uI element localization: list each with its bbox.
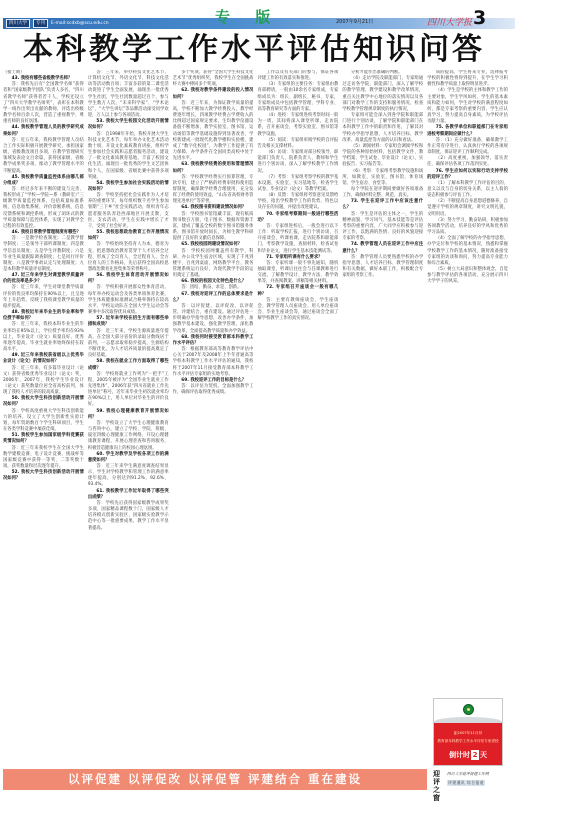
answer-paragraph: （4）学生是学校的主体和教学工作的主要对象，学生学风如何，学生的基本素质和能力如… — [427, 88, 508, 125]
answer-paragraph: 专家组可能会深入到各学院和职能部门进行个别访谈，了解学院和职能部门在本科教学工作… — [342, 113, 423, 144]
answer-paragraph: （3）专家组的主要任务：专家组由教育部聘请，一般由10余名专家组成，专家组成员为… — [257, 82, 338, 113]
question-heading: 65. 我校校园网建设情况如何？ — [173, 242, 254, 248]
answer-paragraph: 答：以评促建，以评促改，以评促管，评建结合，重在建设。通过评估进一步明确办学指导… — [173, 304, 254, 335]
question-heading: 72. 专家组召开座谈会一般有哪几种？ — [257, 285, 338, 297]
answer-paragraph: 答：一是教学检查制度；二是教学督导制度；三是领导干部听课制度；四是教学信息员制度… — [3, 236, 84, 273]
question-heading: 56. 我校学生体育活动开展情况如何？ — [88, 273, 169, 285]
masthead: 四川大学 专刊 E-mail:scdxb@scu.edu.cn 专 版 2007… — [3, 6, 515, 30]
answer-paragraph: （4）全面了解学校的办学指导思想、办学定位和学校的基本情况，熟悉和掌握学校教学工… — [427, 236, 508, 267]
answer-paragraph: （2）高度重视，加强领导，落实责任，确保评估各项工作落到实处。 — [427, 156, 508, 168]
question-heading: 59. 我校心理健康教育开展情况如何？ — [88, 409, 169, 421]
answer-paragraph: 答：近三年来，有多篇毕业设计（论文）获得省级优秀毕业设计（论文）奖，2006年、… — [3, 366, 84, 397]
answer-paragraph: （4）走访学院及职能部门，专家组通过走访各学院、职能部门，深入了解学校的教学管理… — [342, 76, 423, 113]
answer-paragraph: 答：学校积极开展群众性体育活动，每年举办校运动会及各类单项体育比赛，学生体质健康… — [88, 285, 169, 316]
answer-paragraph: 答：学生是评估的主体之一，学生的精神面貌、学习风气、基本技能等是评估考察的重要内… — [342, 212, 423, 243]
answer-paragraph: （2）不断提高自身思想道德修养，自觉遵守学校的规章制度，讲究文明礼貌，文明用语。 — [427, 199, 508, 217]
question-heading: 76. 学生应如何以实际行动支持学校的迎评工作？ — [427, 169, 508, 181]
answer-paragraph: 答：近三年来，我校本科毕业生的毕业率均在95%以上，学位授予率均在93%以上，毕… — [3, 322, 84, 353]
answer-paragraph: 答：三年来，举办科技文化艺术节、计算机文化节、外语文化节、科技文化活动等活动数百… — [88, 70, 169, 119]
answer-paragraph: 多个奖项，获得“全国大学生科技文化艺术节”优秀组织奖，我校学生在全国挑战杯大赛中… — [173, 70, 254, 88]
issue-date: 2007年9月21日 — [336, 19, 373, 26]
answer-paragraph: 答：学校设立了大学生心理健康教育与咨询中心，建立了学校、学院、班级、寝室四级心理… — [88, 421, 169, 452]
answer-paragraph: 答：经过多年来不断的建设与完善，我校形成了“学校—学院—系（教研室）”三级教学质… — [3, 187, 84, 230]
question-heading: 62. 我校对教学条件建设的投入情况如何？ — [173, 88, 254, 100]
page-headline: 本科教学工作水平评估知识问答 — [0, 34, 508, 66]
question-heading: 61. 我校教学工作近年取得了哪些突出成绩？ — [88, 489, 169, 501]
question-heading: 75. 各教学单位和职能部门在专家组进校考察期间应做什么？ — [427, 125, 508, 137]
answer-paragraph: 答：学校坚持把社会实践作为人才培养的重要环节，每年组织数千名学生参加暑期“三下乡… — [88, 193, 169, 230]
article-column-2: 答：三年来，举办科技文化艺术节、计算机文化节、外语文化节、科技文化活动等活动数百… — [88, 70, 169, 766]
section-label: 专 版 — [215, 6, 280, 27]
question-heading: 73. 学生在迎评工作中应该注意什么？ — [342, 199, 423, 211]
answer-paragraph: 答：学校图书馆馆藏丰富，现有纸质图书数百万册，电子图书、数据库资源丰富，建成了覆… — [173, 212, 254, 243]
answer-paragraph: 工作以及有关部门的参与，保证各项评建工作的有效落实和推进。 — [257, 70, 338, 82]
column-logo-corner: 迎评之窗 四川大学迎评促建工作网 评建通讯 综合报道 — [433, 770, 513, 792]
article-column-1: （接上期）43. 我校有哪些省级教学名师？答：我校先后有“全国教学名师”获得者和… — [3, 70, 84, 766]
answer-paragraph: （6）访谈：专家组对部分校领导、职能部门负责人、院系负责人、教师和学生进行个别访… — [257, 150, 338, 175]
article-column-6: 质的提高，学生将来专业，选择报考学校的积极性将得到提升，在学生学习积极性和教学质… — [427, 70, 508, 766]
answer-paragraph: 答：近三年来，学生对课堂教学质量评价的优良率均保持在90%以上，且呈逐年上升趋势… — [3, 285, 84, 310]
answer-paragraph: （5）阅读：专家组审阅学校的自评报告及相关支撑材料。 — [257, 138, 338, 150]
slogan-banner: 以评促建 以评促改 以评促管 评建结合 重在建设 — [3, 769, 427, 790]
answer-paragraph: 答：近三年来，为保证教学质量的提高，学校不断加大教学经费投入，教学经费逐年增长，… — [173, 101, 254, 163]
question-heading: 53. 我校大学生校园文化活动开展情况如何？ — [88, 119, 169, 131]
answer-paragraph: （5）树立大局意识和整体观念，自觉参与教学评估的各项活动，充分展示四川大学学子的… — [427, 267, 508, 285]
answer-paragraph: 答：学校始终坚持育人为本、德育为先，把思想政治教育贯穿于人才培养全过程，形成了全… — [88, 242, 169, 273]
question-heading: 47. 近三年来学生对课堂教学质量评价的优良率是多少？ — [3, 273, 84, 285]
answer-paragraph: 答：近五年来，我校教学管理人员结合工作实际积极开展教学研究，承担国家级、省级教改… — [3, 138, 84, 175]
countdown-line-1: 距2007年11月份 — [434, 731, 502, 736]
question-heading: 74. 教学管理人员在迎评工作中应注意什么？ — [342, 242, 423, 254]
countdown-banner: 距2007年11月份 教育部本科教学工作水平评估专家进校 倒计时2天 — [433, 698, 503, 766]
question-heading: 54. 我校学生参加社会实践活动的情况如何？ — [88, 181, 169, 193]
question-heading: 50. 我校大学生科技创新活动开展情况如何？ — [3, 396, 84, 408]
answer-paragraph: 答：自1998年开始，我校开展大学生科技文化艺术节，每年举办文化艺术活动数十项，… — [88, 132, 169, 181]
newspaper-logo: 四川大学报 — [427, 15, 472, 28]
countdown-display: 倒计时2天 — [434, 750, 502, 760]
question-heading: 58. 我校在就业工作方面取得了哪些成绩？ — [88, 359, 169, 371]
masthead-tags: 四川大学 专刊 E-mail:scdxb@scu.edu.cn — [6, 19, 109, 28]
countdown-prefix: 倒计时 — [449, 751, 470, 759]
answer-paragraph: 答：专家听课一般不事先通知，随机抽取课堂，听课后往往会与任课教师进行交流，了解教… — [257, 261, 338, 286]
question-heading: 57. 近年来学校在招生方面有哪些举措和成效？ — [88, 316, 169, 328]
masthead-tag: 四川大学 — [6, 19, 30, 28]
question-heading: 70. 专家组考察期间一般进行哪些活动？ — [257, 212, 338, 224]
answer-paragraph: 答：以评估为契机，全面加强教学工作，确保评估取得优秀成绩。 — [173, 384, 254, 396]
answer-paragraph: （3）努力学习，勤奋钻研，积极参加各项教学活动，培养良好的学风和优秀的学习品质。 — [427, 218, 508, 236]
answer-paragraph: 答：近三年来我校学生在全国大学生数学建模竞赛、电子设计竞赛、挑战杯等国家级竞赛中… — [3, 446, 84, 471]
countdown-line-2: 教育部本科教学工作水平评估专家进校 — [434, 739, 502, 744]
question-heading: 67. 我校对迎评工作的总体要求是什么？ — [173, 292, 254, 304]
article-columns: （接上期）43. 我校有哪些省级教学名师？答：我校先后有“全国教学名师”获得者和… — [3, 70, 508, 766]
question-heading: 55. 我校思想政治教育工作开展情况如何？ — [88, 230, 169, 242]
answer-paragraph: （4）进校：专家组进校考察时间一般为一周，其间将深入课堂听课，走访院系，召开座谈… — [257, 113, 338, 138]
answer-paragraph: 每个学院在迎评期间要做好各项准备工作，确保材料完整、规范、真实。 — [342, 187, 423, 199]
answer-paragraph: （5）调阅材料：专家组会调阅学校和学院的各种原始材料，包括教学文件、教学档案、学… — [342, 144, 423, 169]
question-heading: 48. 我校近年来毕业生的毕业率和学位授予率如何？ — [3, 310, 84, 322]
question-heading: 49. 近三年来我校获省级以上优秀毕业设计（论文）的情况如何？ — [3, 353, 84, 365]
answer-paragraph: 答：专家组进校后，一般会进行以下工作：听取学校汇报，进行个别访谈，召开座谈会，听… — [257, 224, 338, 255]
countdown-suffix: 天 — [480, 751, 487, 759]
answer-paragraph: 答：主要有教师座谈会、学生座谈会、教学管理人员座谈会、用人单位座谈会、毕业生座谈… — [257, 298, 338, 323]
masthead-tag: 专刊 — [33, 19, 48, 28]
university-emblem-icon — [463, 704, 474, 715]
question-heading: 44. 我校教学管理人员的教学研究成果如何？ — [3, 125, 84, 137]
answer-paragraph: 答：学校先后获得国家级教学成果奖多项，国家精品课程数十门，国家级人才培养模式创新… — [88, 501, 169, 532]
answer-paragraph: 答：教学管理人员要熟悉学校的办学指导思想、人才培养目标、教学管理制度和有关数据，… — [342, 255, 423, 280]
question-heading: 64. 我校图书资料建设情况如何？ — [173, 205, 254, 211]
answer-paragraph: （1）了解本科教学工作评估的目的、意义以及与自身的切身关系，以主人翁的姿态积极参… — [427, 181, 508, 199]
answer-paragraph: 答：根据教育部高等教育教学评估中心关于2007年及2008年上半年普通高等学校本… — [173, 347, 254, 378]
answer-paragraph: （7）考察：专家组考察学校的教学基本设施、实验室、实习基地等，检查学生试卷、毕业… — [257, 175, 338, 193]
column-logo-line-2: 评建通讯 综合报道 — [447, 780, 485, 786]
answer-paragraph: 答：近三年来，学校生源质量逐年提高，在全国大部分省份的录取分数线居于前列，一志愿… — [88, 329, 169, 360]
answer-paragraph: 质的提高，学生将来专业，选择报考学校的积极性将得到提升，在学生学习积极性和教学质… — [427, 70, 508, 88]
article-column-5: 分析才能作出准确的判断。（4）走访学院及职能部门，专家组通过走访各学院、职能部门… — [342, 70, 423, 766]
answer-paragraph: 答：学校校园网覆盖所有教学、科研、办公及学生宿舍区域，实现了千兆到楼宇、百兆到桌… — [173, 249, 254, 280]
countdown-number: 2 — [471, 750, 479, 760]
article-column-4: 工作以及有关部门的参与，保证各项评建工作的有效落实和推进。（3）专家组的主要任务… — [257, 70, 338, 766]
column-logo-title: 迎评之窗 — [433, 770, 443, 802]
answer-paragraph: 答：学校将就业工作列为“一把手”工程，2005年被评为“全国毕业生就业工作先进集… — [88, 372, 169, 409]
answer-paragraph: 答：近三年来学生满意度调查结果显示，学生对学校教学和管理工作的满意率逐年提高，分… — [88, 464, 169, 489]
answer-paragraph: （8）反馈：专家组将考察意见反馈给学校，指出学校教学工作的优势、特色以及存在的问… — [257, 193, 338, 211]
question-heading: 45. 我校教学质量监控体系由哪几部分组成？ — [3, 175, 84, 187]
question-heading: 63. 我校教学经费的使用和管理情况如何？ — [173, 162, 254, 174]
answer-paragraph: 答：团结、勤奋、求是、创新。 — [173, 285, 254, 291]
column-logo-line-1: 四川大学迎评促建工作网 — [447, 771, 489, 777]
question-heading: 68. 我校何时接受教育部本科教学工作水平评估？ — [173, 335, 254, 347]
page-number: 3 — [473, 7, 486, 29]
answer-paragraph: 答：我校先后有“全国教学名师”获得者和“国家级教学团队”负责人多名，“四川省教学… — [3, 82, 84, 125]
question-heading: 52. 我校大学生科技创新活动开展情况如何？ — [3, 470, 84, 482]
answer-paragraph: 答：学校教学经费实行预算管理，专款专用，建立了严格的经费审批和使用监督制度，确保… — [173, 175, 254, 206]
masthead-email: E-mail:scdxb@scu.edu.cn — [51, 20, 109, 27]
answer-paragraph: 答：学校高度重视大学生科技创新能力的培养，设立了大学生创新性实验计划，每年资助数… — [3, 409, 84, 434]
question-heading: 51. 我校学生参加国家级学科竞赛获奖情况如何？ — [3, 433, 84, 445]
answer-paragraph: 答：（1）充分做好准备，确保教学工作正常有序进行，认真执行学校的各项规章制度，保… — [427, 138, 508, 156]
question-heading: 60. 学生对教学及学校各项工作的满意度如何？ — [88, 452, 169, 464]
answer-paragraph: （6）考察：专家组考察教学设施和场所，如教室、实验室、图书馆、体育场馆、学生宿舍… — [342, 169, 423, 187]
article-column-3: 多个奖项，获得“全国大学生科技文化艺术节”优秀组织奖，我校学生在全国挑战杯大赛中… — [173, 70, 254, 766]
